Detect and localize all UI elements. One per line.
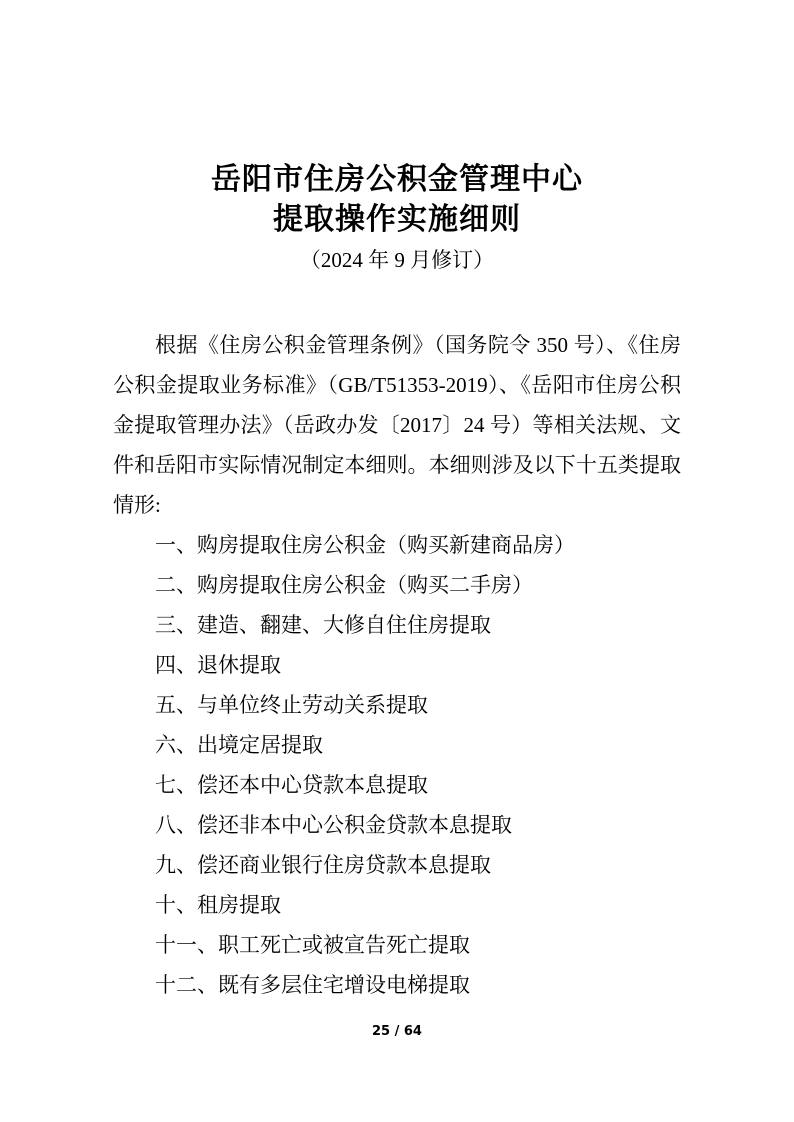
document-title: 岳阳市住房公积金管理中心 提取操作实施细则: [0, 160, 794, 240]
list-item: 十二、既有多层住宅增设电梯提取: [113, 965, 681, 1005]
page-footer: 25 / 64: [0, 1024, 794, 1040]
list-item: 一、购房提取住房公积金（购买新建商品房）: [113, 525, 681, 565]
list-item: 四、退休提取: [113, 645, 681, 685]
list-item: 十、租房提取: [113, 885, 681, 925]
list-item: 六、出境定居提取: [113, 725, 681, 765]
list-item: 八、偿还非本中心公积金贷款本息提取: [113, 805, 681, 845]
list-item: 十一、职工死亡或被宣告死亡提取: [113, 925, 681, 965]
title-line-2: 提取操作实施细则: [0, 200, 794, 240]
page-number: 25 / 64: [372, 1024, 422, 1039]
title-line-1: 岳阳市住房公积金管理中心: [0, 160, 794, 200]
withdrawal-type-list: 一、购房提取住房公积金（购买新建商品房） 二、购房提取住房公积金（购买二手房） …: [113, 525, 681, 1005]
list-item: 三、建造、翻建、大修自住住房提取: [113, 605, 681, 645]
intro-paragraph: 根据《住房公积金管理条例》（国务院令 350 号）、《住房公积金提取业务标准》（…: [113, 325, 681, 525]
document-subtitle: （2024 年 9 月修订）: [0, 240, 794, 280]
list-item: 九、偿还商业银行住房贷款本息提取: [113, 845, 681, 885]
list-item: 七、偿还本中心贷款本息提取: [113, 765, 681, 805]
document-body: 根据《住房公积金管理条例》（国务院令 350 号）、《住房公积金提取业务标准》（…: [113, 325, 681, 1005]
document-page: 岳阳市住房公积金管理中心 提取操作实施细则 （2024 年 9 月修订） 根据《…: [0, 0, 794, 1122]
list-item: 二、购房提取住房公积金（购买二手房）: [113, 565, 681, 605]
list-item: 五、与单位终止劳动关系提取: [113, 685, 681, 725]
